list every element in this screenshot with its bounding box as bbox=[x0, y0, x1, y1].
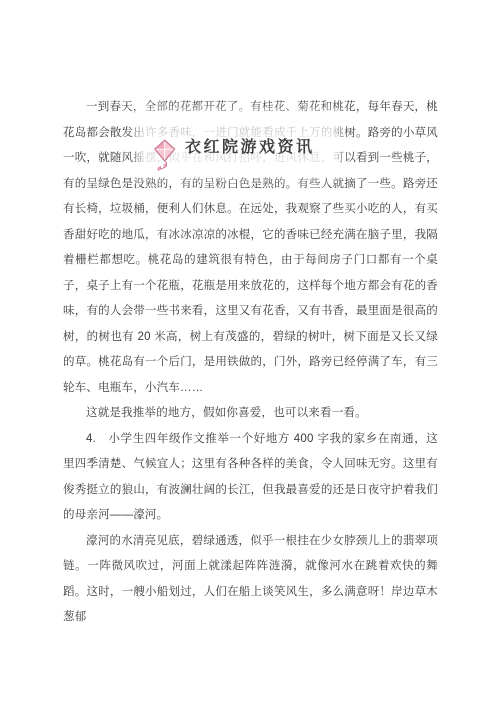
paragraph-2: 这就是我推举的地方，假如你喜爱，也可以来看一看。 bbox=[63, 401, 438, 427]
paragraph-4: 濠河的水清亮见底，碧绿通透，似乎一根挂在少女脖颈儿上的翡翠项链。一阵微风吹过，河… bbox=[63, 529, 438, 631]
article-body: 一到春天，全部的花都开花了。有桂花、菊花和桃花，每年春天，桃花岛都会散发出许多香… bbox=[63, 95, 438, 631]
paragraph-1: 一到春天，全部的花都开花了。有桂花、菊花和桃花，每年春天，桃花岛都会散发出许多香… bbox=[63, 95, 438, 401]
paragraph-3: 4. 小学生四年级作文推举一个好地方 400 字我的家乡在南通，这里四季清楚、气… bbox=[63, 427, 438, 529]
document-page: 一到春天，全部的花都开花了。有桂花、菊花和桃花，每年春天，桃花岛都会散发出许多香… bbox=[0, 0, 500, 708]
